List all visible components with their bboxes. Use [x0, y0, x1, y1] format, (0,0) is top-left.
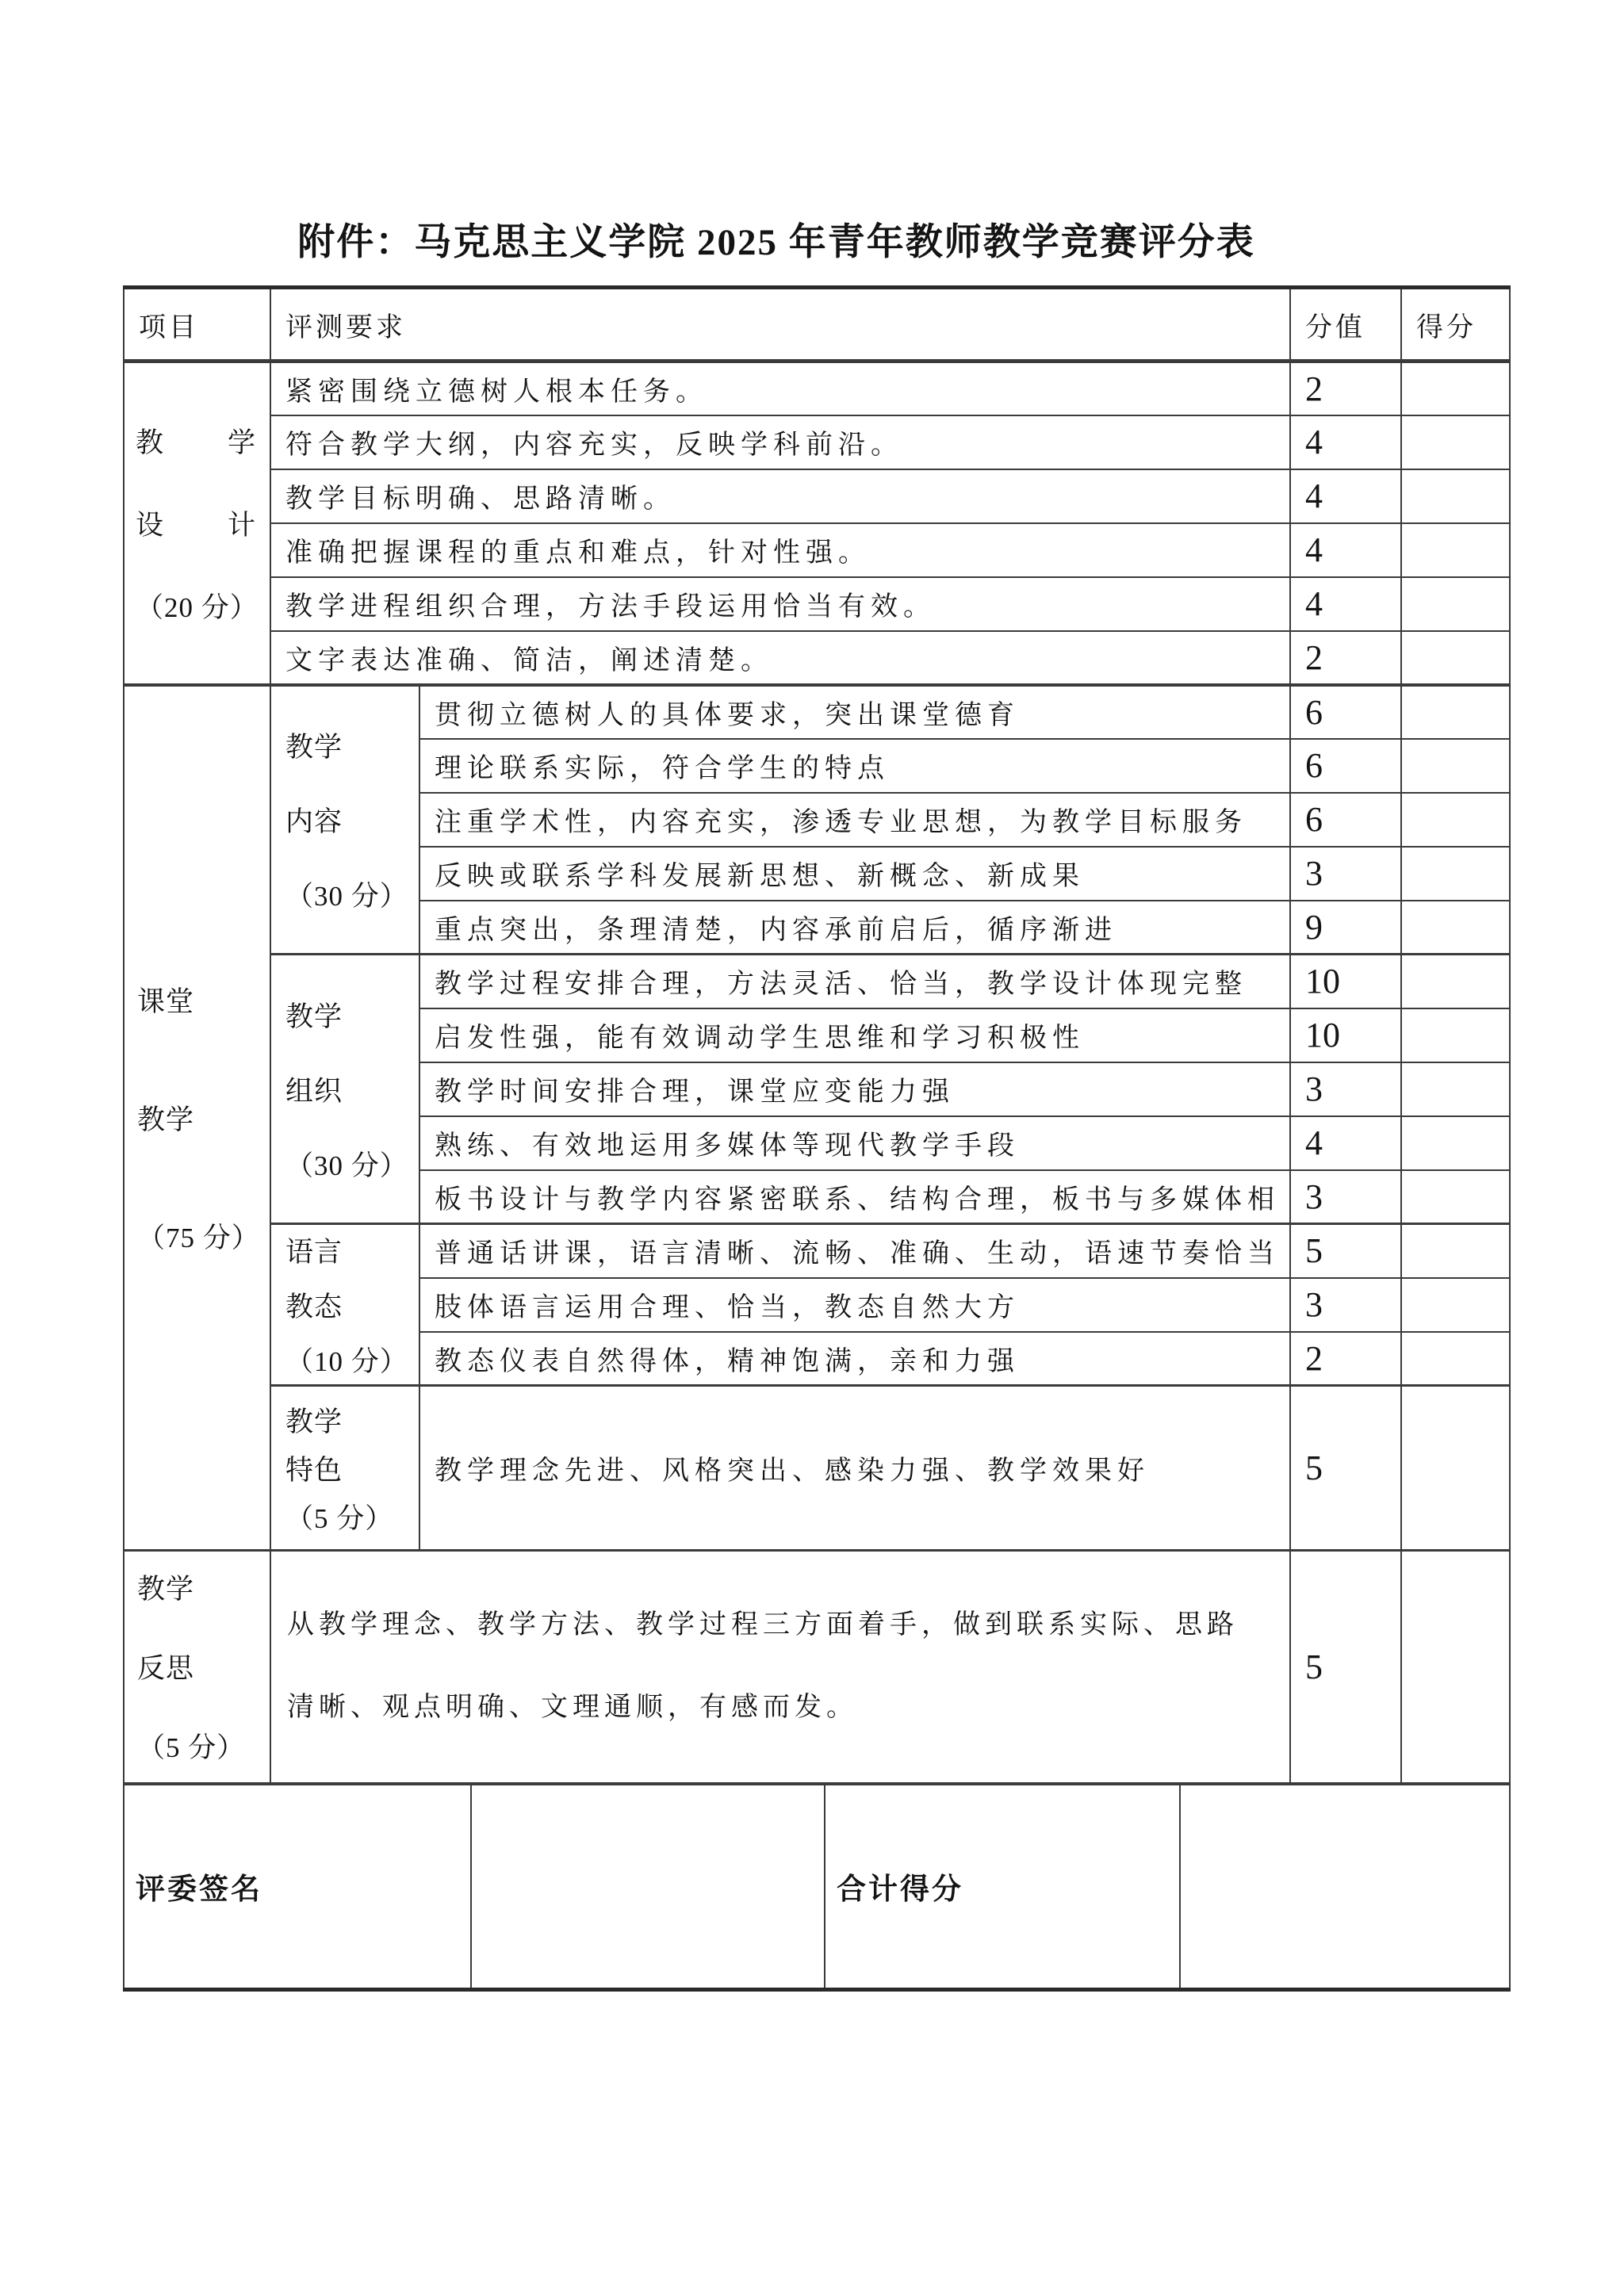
- score-cell: [1401, 362, 1510, 415]
- score-cell: [1401, 1386, 1510, 1551]
- points-cell: 5: [1290, 1386, 1401, 1551]
- document-page: 附件：马克思主义学院 2025 年青年教师教学竞赛评分表 项目 评测要求 分值 …: [0, 0, 1624, 2296]
- document-title: 附件：马克思主义学院 2025 年青年教师教学竞赛评分表: [0, 212, 1588, 266]
- points-cell: 10: [1290, 955, 1401, 1008]
- score-cell: [1401, 1170, 1510, 1224]
- points-cell: 10: [1290, 1008, 1401, 1062]
- judge-signature-label: 评委签名: [124, 1865, 262, 1908]
- table-row: 教学 组织 （30 分） 教学过程安排合理，方法灵活、恰当，教学设计体现完整 1…: [124, 955, 1510, 1008]
- criteria-cell: 紧密围绕立德树人根本任务。: [270, 362, 1290, 415]
- total-score-blank-cell: [1181, 1785, 1509, 1988]
- criteria-cell: 普通话讲课，语言清晰、流畅、准确、生动，语速节奏恰当: [419, 1224, 1290, 1278]
- section-label-teaching-design: 教 学 设 计 （20 分）: [124, 362, 270, 685]
- criteria-cell: 教学理念先进、风格突出、感染力强、教学效果好: [419, 1386, 1290, 1551]
- criteria-cell: 贯彻立德树人的具体要求，突出课堂德育: [419, 685, 1290, 739]
- header-item: 项目: [124, 288, 270, 362]
- score-cell: [1401, 523, 1510, 577]
- points-cell: 5: [1290, 1551, 1401, 1784]
- header-criteria: 评测要求: [270, 288, 1290, 362]
- score-cell: [1401, 1551, 1510, 1784]
- criteria-line: 从教学理念、教学方法、教学过程三方面着手，做到联系实际、思路: [287, 1584, 1289, 1667]
- table-row: 课堂 教学 （75 分） 教学 内容 （30 分） 贯彻立德树人的具体要求，突出…: [124, 685, 1510, 739]
- points-cell: 3: [1290, 1170, 1401, 1224]
- footer-cells: 评委签名 合计得分: [124, 1784, 1510, 1990]
- criteria-cell: 肢体语言运用合理、恰当，教态自然大方: [419, 1278, 1290, 1332]
- score-cell: [1401, 1332, 1510, 1386]
- score-cell: [1401, 1278, 1510, 1332]
- judge-signature-blank-cell: [472, 1785, 825, 1988]
- points-cell: 4: [1290, 577, 1401, 631]
- total-score-label: 合计得分: [825, 1865, 963, 1908]
- criteria-cell: 重点突出，条理清楚，内容承前启后，循序渐进: [419, 901, 1290, 955]
- points-cell: 6: [1290, 793, 1401, 847]
- section-label-teaching-reflection: 教学 反思 （5 分）: [124, 1551, 270, 1784]
- points-cell: 6: [1290, 739, 1401, 793]
- header-points: 分值: [1290, 288, 1401, 362]
- table-row: 语言 教态 （10 分） 普通话讲课，语言清晰、流畅、准确、生动，语速节奏恰当 …: [124, 1224, 1510, 1278]
- criteria-cell: 符合教学大纲，内容充实，反映学科前沿。: [270, 415, 1290, 469]
- points-cell: 4: [1290, 415, 1401, 469]
- points-cell: 9: [1290, 901, 1401, 955]
- criteria-cell: 熟练、有效地运用多媒体等现代教学手段: [419, 1116, 1290, 1170]
- score-table: 项目 评测要求 分值 得分 教 学 设 计 （20 分） 紧密围绕立德树人根本任…: [123, 285, 1511, 1992]
- points-cell: 3: [1290, 847, 1401, 901]
- subsection-label-language-manner: 语言 教态 （10 分）: [270, 1224, 419, 1386]
- table-footer-row: 评委签名 合计得分: [124, 1784, 1510, 1990]
- table-row: 教学 特色 （5 分） 教学理念先进、风格突出、感染力强、教学效果好 5: [124, 1386, 1510, 1551]
- table-row: 教学 反思 （5 分） 从教学理念、教学方法、教学过程三方面着手，做到联系实际、…: [124, 1551, 1510, 1784]
- criteria-cell: 文字表达准确、简洁，阐述清楚。: [270, 631, 1290, 685]
- table-row: 文字表达准确、简洁，阐述清楚。 2: [124, 631, 1510, 685]
- criteria-line: 清晰、观点明确、文理通顺，有感而发。: [287, 1667, 1289, 1749]
- points-cell: 2: [1290, 362, 1401, 415]
- score-cell: [1401, 631, 1510, 685]
- criteria-cell: 反映或联系学科发展新思想、新概念、新成果: [419, 847, 1290, 901]
- points-cell: 4: [1290, 1116, 1401, 1170]
- criteria-cell: 教学时间安排合理，课堂应变能力强: [419, 1062, 1290, 1116]
- criteria-cell: 板书设计与教学内容紧密联系、结构合理，板书与多媒体相: [419, 1170, 1290, 1224]
- criteria-cell: 教学目标明确、思路清晰。: [270, 469, 1290, 523]
- table-header-row: 项目 评测要求 分值 得分: [124, 288, 1510, 362]
- criteria-cell: 启发性强，能有效调动学生思维和学习积极性: [419, 1008, 1290, 1062]
- score-cell: [1401, 1224, 1510, 1278]
- points-cell: 3: [1290, 1062, 1401, 1116]
- criteria-cell: 从教学理念、教学方法、教学过程三方面着手，做到联系实际、思路 清晰、观点明确、文…: [270, 1551, 1290, 1784]
- table-row: 教学目标明确、思路清晰。 4: [124, 469, 1510, 523]
- table-row: 教学进程组织合理，方法手段运用恰当有效。 4: [124, 577, 1510, 631]
- points-cell: 2: [1290, 1332, 1401, 1386]
- criteria-cell: 教学进程组织合理，方法手段运用恰当有效。: [270, 577, 1290, 631]
- criteria-cell: 理论联系实际，符合学生的特点: [419, 739, 1290, 793]
- points-cell: 4: [1290, 523, 1401, 577]
- score-cell: [1401, 1062, 1510, 1116]
- score-cell: [1401, 1008, 1510, 1062]
- table-row: 准确把握课程的重点和难点，针对性强。 4: [124, 523, 1510, 577]
- section-label-classroom-teaching: 课堂 教学 （75 分）: [124, 685, 270, 1551]
- table-row: 教 学 设 计 （20 分） 紧密围绕立德树人根本任务。 2: [124, 362, 1510, 415]
- criteria-cell: 教学过程安排合理，方法灵活、恰当，教学设计体现完整: [419, 955, 1290, 1008]
- score-cell: [1401, 415, 1510, 469]
- table-row: 符合教学大纲，内容充实，反映学科前沿。 4: [124, 415, 1510, 469]
- header-score: 得分: [1401, 288, 1510, 362]
- total-score-label-cell: 合计得分: [825, 1785, 1181, 1988]
- score-cell: [1401, 847, 1510, 901]
- criteria-cell: 教态仪表自然得体，精神饱满，亲和力强: [419, 1332, 1290, 1386]
- subsection-label-teaching-organization: 教学 组织 （30 分）: [270, 955, 419, 1224]
- score-cell: [1401, 901, 1510, 955]
- score-cell: [1401, 955, 1510, 1008]
- points-cell: 5: [1290, 1224, 1401, 1278]
- criteria-cell: 注重学术性，内容充实，渗透专业思想，为教学目标服务: [419, 793, 1290, 847]
- score-cell: [1401, 469, 1510, 523]
- criteria-cell: 准确把握课程的重点和难点，针对性强。: [270, 523, 1290, 577]
- score-cell: [1401, 739, 1510, 793]
- subsection-label-teaching-content: 教学 内容 （30 分）: [270, 685, 419, 955]
- score-cell: [1401, 577, 1510, 631]
- subsection-label-teaching-features: 教学 特色 （5 分）: [270, 1386, 419, 1551]
- judge-signature-label-cell: 评委签名: [124, 1785, 472, 1988]
- points-cell: 6: [1290, 685, 1401, 739]
- points-cell: 3: [1290, 1278, 1401, 1332]
- points-cell: 4: [1290, 469, 1401, 523]
- score-cell: [1401, 685, 1510, 739]
- score-cell: [1401, 1116, 1510, 1170]
- score-cell: [1401, 793, 1510, 847]
- points-cell: 2: [1290, 631, 1401, 685]
